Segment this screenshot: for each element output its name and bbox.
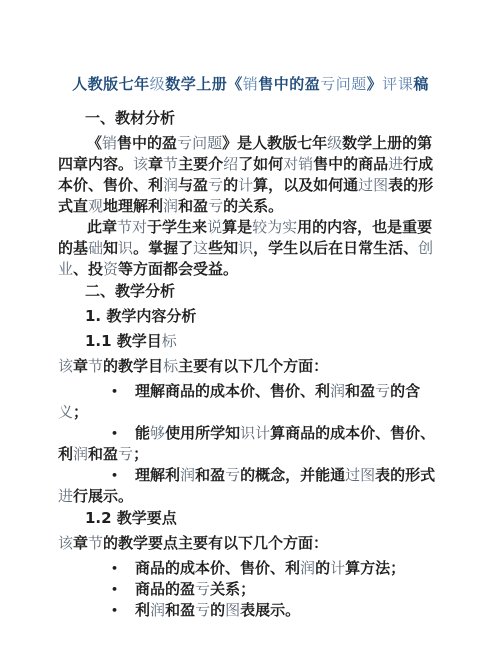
paragraph-chapter-intro: 《销售中的盈亏问题》是人教版七年级数学上册的第四章内容。该章节主要介绍了如何对销… — [58, 133, 443, 217]
list-item: •商品的盈亏关系； — [58, 579, 443, 600]
list-item: •商品的成本价、售价、利润的计算方法； — [58, 558, 443, 579]
bullet-icon: • — [111, 385, 118, 398]
goals-intro: 该章节的教学目标主要有以下几个方面： — [58, 356, 443, 377]
document-page: 人教版七年级数学上册《销售中的盈亏问题》评课稿 一、教材分析 《销售中的盈亏问题… — [0, 0, 500, 647]
list-item: •能够使用所学知识计算商品的成本价、售价、利润和盈亏； — [58, 423, 443, 465]
list-item: •利润和盈亏的图表展示。 — [58, 600, 443, 621]
bullet-icon: • — [111, 469, 118, 482]
bullet-icon: • — [111, 604, 118, 617]
heading-section-2: 二、教学分析 — [58, 281, 443, 302]
points-intro: 该章节的教学要点主要有以下几个方面： — [58, 533, 443, 554]
heading-sub-1: 1. 教学内容分析 — [58, 306, 443, 327]
list-item-text: 商品的盈亏关系； — [135, 580, 255, 598]
paragraph-chapter-value: 此章节对于学生来说算是较为实用的内容，也是重要的基础知识。掌握了这些知识，学生以… — [58, 217, 443, 280]
list-item-text: 利润和盈亏的图表展示。 — [135, 601, 300, 619]
list-item: •理解商品的成本价、售价、利润和盈亏的含义； — [58, 381, 443, 423]
heading-sub-1-1: 1.1 教学目标 — [58, 331, 443, 352]
heading-sub-1-2: 1.2 教学要点 — [58, 508, 443, 529]
heading-section-1: 一、教材分析 — [58, 108, 443, 129]
document-title: 人教版七年级数学上册《销售中的盈亏问题》评课稿 — [58, 74, 443, 94]
list-item: •理解利润和盈亏的概念，并能通过图表的形式进行展示。 — [58, 465, 443, 507]
bullet-icon: • — [111, 427, 118, 440]
list-item-text: 商品的成本价、售价、利润的计算方法； — [135, 559, 405, 577]
bullet-icon: • — [111, 562, 118, 575]
bullet-icon: • — [111, 583, 118, 596]
